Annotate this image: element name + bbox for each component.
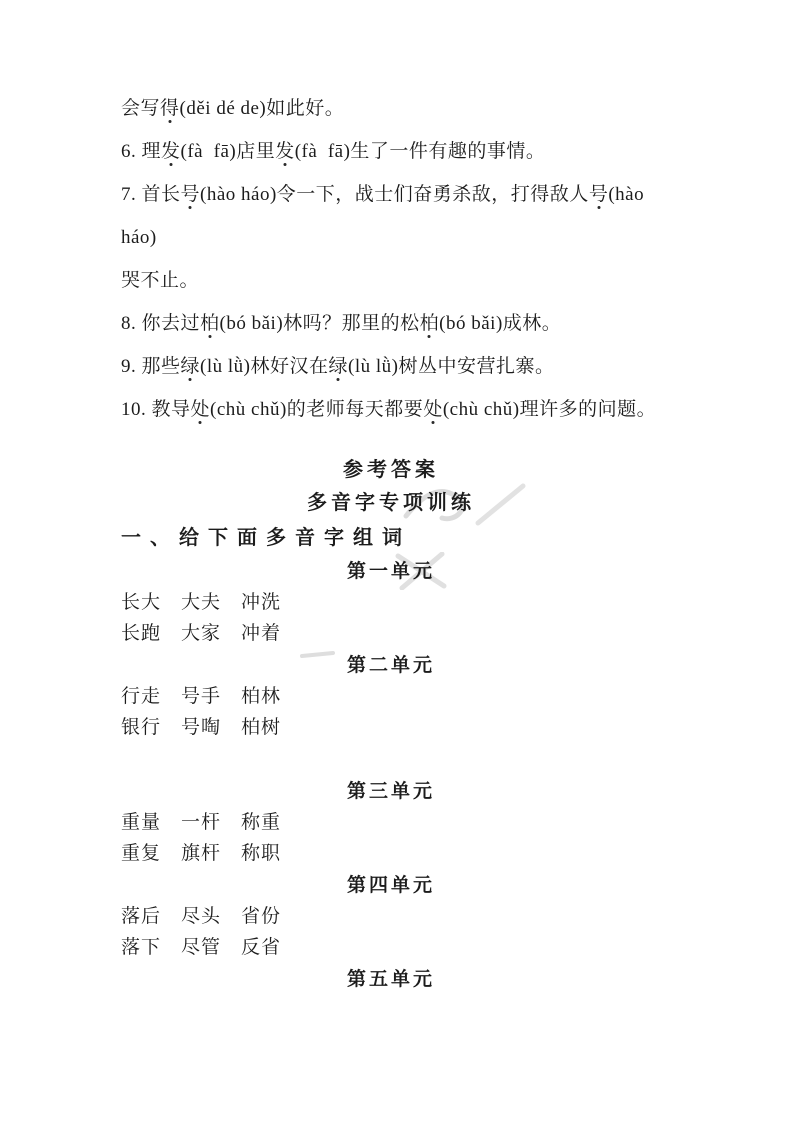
emphasized-char: 号 bbox=[181, 184, 201, 205]
answer-word-row: 落后尽头省份 bbox=[121, 906, 661, 928]
answer-word: 一杆 bbox=[181, 812, 221, 834]
section-one-heading: 一、给下面多音字组词 bbox=[121, 526, 661, 550]
exercise-sentences: 会写得(děi dé de)如此好。 6. 理发(fà fā)店里发(fà fā… bbox=[121, 98, 681, 442]
sentence-line: háo) bbox=[121, 227, 681, 248]
answer-word-row: 长跑大家冲着 bbox=[121, 623, 661, 645]
answer-word: 长大 bbox=[121, 592, 161, 614]
answer-word-row: 长大大夫冲洗 bbox=[121, 592, 661, 614]
sentence-line: 7. 首长号(hào háo)令一下，战士们奋勇杀敌，打得敌人号(hào bbox=[121, 184, 681, 205]
emphasized-char: 处 bbox=[191, 399, 211, 420]
answer-word: 冲洗 bbox=[241, 592, 281, 614]
emphasized-char: 发 bbox=[161, 141, 181, 162]
emphasized-char: 柏 bbox=[200, 313, 220, 334]
emphasized-char: 得 bbox=[160, 98, 180, 119]
answer-word: 尽头 bbox=[181, 906, 221, 928]
answer-word: 银行 bbox=[121, 717, 161, 739]
sentence-line: 9. 那些绿(lù lǜ)林好汉在绿(lù lǜ)树丛中安营扎寨。 bbox=[121, 356, 681, 377]
answer-word: 落后 bbox=[121, 906, 161, 928]
answer-word: 称职 bbox=[241, 843, 281, 865]
answer-word: 旗杆 bbox=[181, 843, 221, 865]
answers-title: 参考答案 bbox=[121, 458, 661, 482]
emphasized-char: 号 bbox=[589, 184, 609, 205]
unit-title: 第三单元 bbox=[121, 780, 661, 804]
sentence-line: 会写得(děi dé de)如此好。 bbox=[121, 98, 681, 119]
answers-subtitle: 多音字专项训练 bbox=[121, 491, 661, 515]
emphasized-char: 绿 bbox=[329, 356, 349, 377]
sentence-line: 10. 教导处(chù chǔ)的老师每天都要处(chù chǔ)理许多的问题。 bbox=[121, 399, 681, 420]
sentence-line: 哭不止。 bbox=[121, 270, 681, 291]
sentence-line: 6. 理发(fà fā)店里发(fà fā)生了一件有趣的事情。 bbox=[121, 141, 681, 162]
answer-word-row: 银行号啕柏树 bbox=[121, 717, 661, 739]
answer-word-row: 重复旗杆称职 bbox=[121, 843, 661, 865]
answer-word-row: 行走号手柏林 bbox=[121, 686, 661, 708]
answer-word: 号啕 bbox=[181, 717, 221, 739]
unit-title: 第四单元 bbox=[121, 874, 661, 898]
emphasized-char: 发 bbox=[275, 141, 295, 162]
emphasized-char: 绿 bbox=[181, 356, 201, 377]
answer-word: 号手 bbox=[181, 686, 221, 708]
unit-title: 第五单元 bbox=[121, 968, 661, 992]
answer-word: 柏林 bbox=[241, 686, 281, 708]
answer-word: 行走 bbox=[121, 686, 161, 708]
emphasized-char: 柏 bbox=[420, 313, 440, 334]
answer-word: 反省 bbox=[241, 937, 281, 959]
answer-word: 尽管 bbox=[181, 937, 221, 959]
answer-key: 参考答案 多音字专项训练 一、给下面多音字组词 第一单元长大大夫冲洗长跑大家冲着… bbox=[121, 458, 661, 1000]
answer-word: 重量 bbox=[121, 812, 161, 834]
answer-word: 柏树 bbox=[241, 717, 281, 739]
answer-word: 省份 bbox=[241, 906, 281, 928]
answer-word: 大夫 bbox=[181, 592, 221, 614]
unit-title: 第一单元 bbox=[121, 560, 661, 584]
answer-word-row: 重量一杆称重 bbox=[121, 812, 661, 834]
answer-word: 重复 bbox=[121, 843, 161, 865]
sentence-line: 8. 你去过柏(bó bǎi)林吗？那里的松柏(bó bǎi)成林。 bbox=[121, 313, 681, 334]
emphasized-char: 处 bbox=[423, 399, 443, 420]
answer-word: 落下 bbox=[121, 937, 161, 959]
document-page: 会写得(děi dé de)如此好。 6. 理发(fà fā)店里发(fà fā… bbox=[0, 0, 792, 1122]
answer-word: 称重 bbox=[241, 812, 281, 834]
answer-word-row: 落下尽管反省 bbox=[121, 937, 661, 959]
answer-word: 冲着 bbox=[241, 623, 281, 645]
answer-word: 大家 bbox=[181, 623, 221, 645]
answer-word: 长跑 bbox=[121, 623, 161, 645]
answer-units: 第一单元长大大夫冲洗长跑大家冲着第二单元行走号手柏林银行号啕柏树第三单元重量一杆… bbox=[121, 560, 661, 992]
unit-title: 第二单元 bbox=[121, 654, 661, 678]
